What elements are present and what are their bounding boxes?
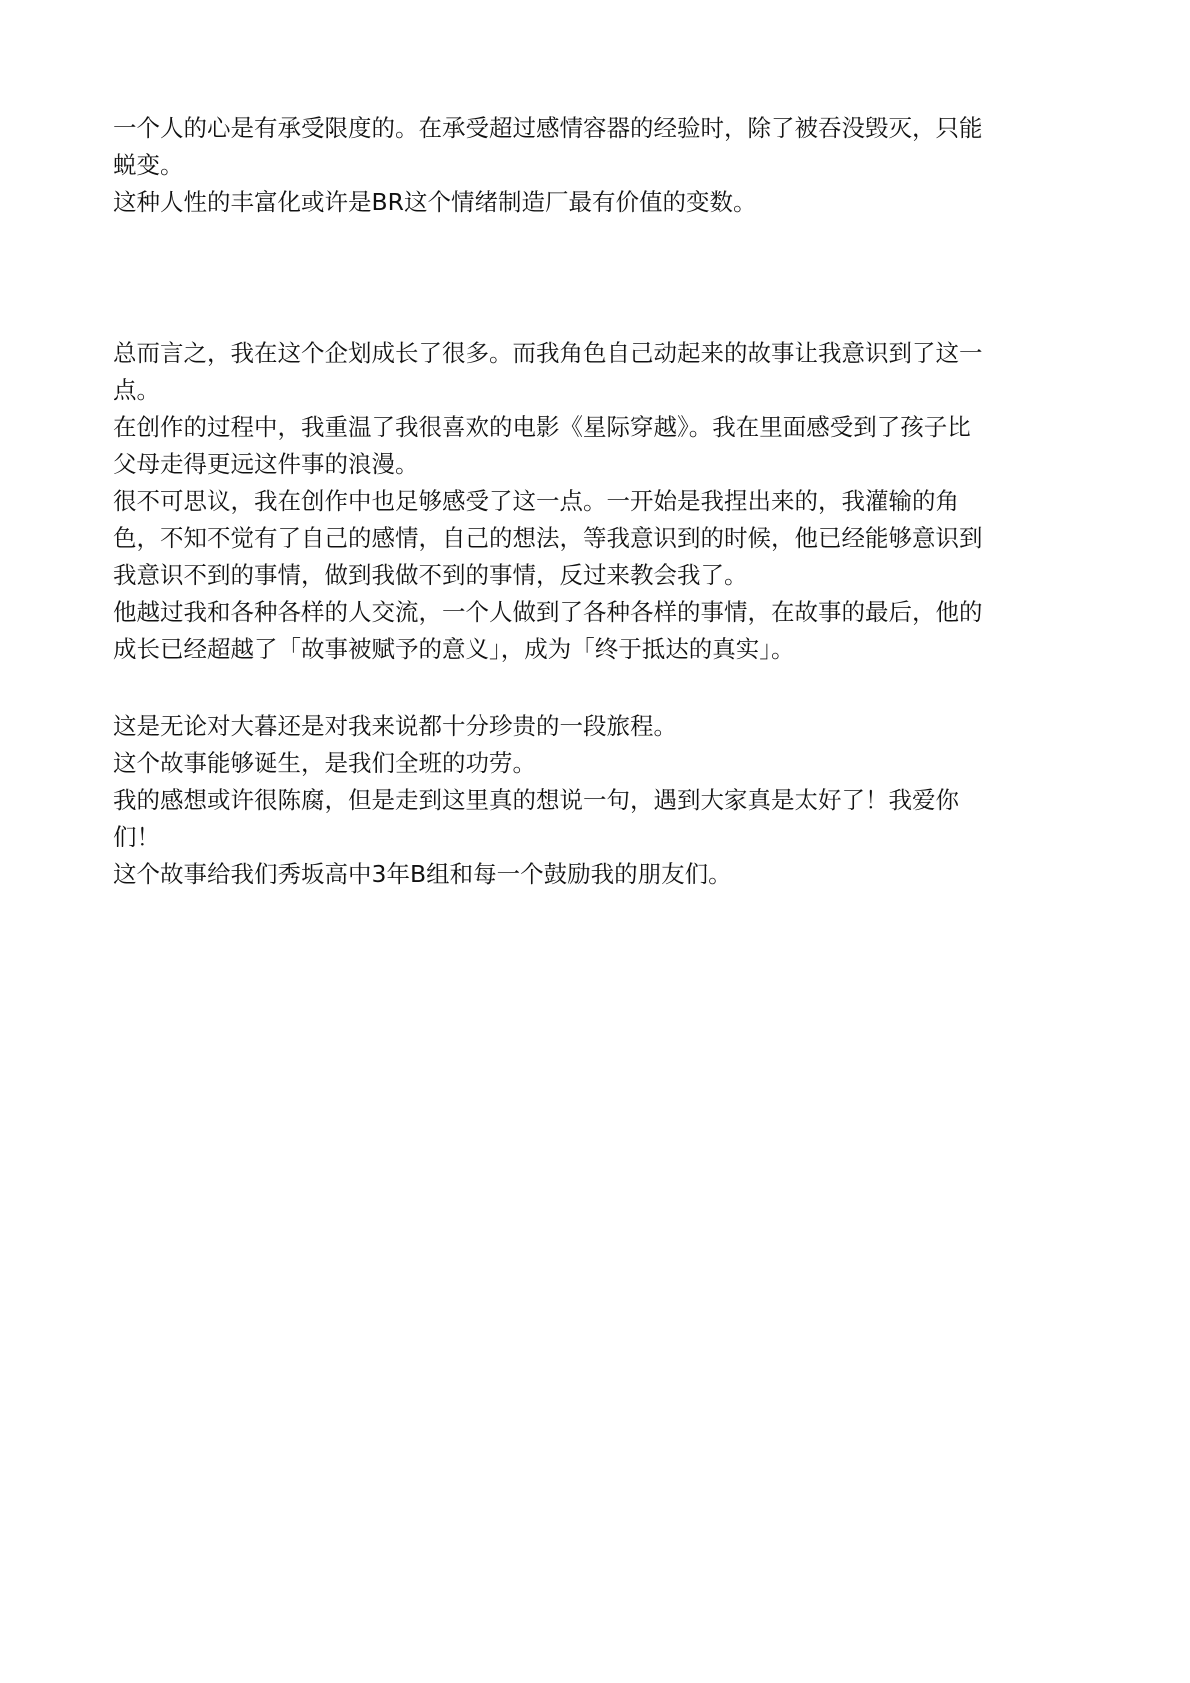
section-spacer [113, 668, 1093, 708]
paragraph-section-2: 总而言之，我在这个企划成长了很多。而我角色自己动起来的故事让我意识到了这一 点。… [113, 335, 1093, 668]
text-line: 点。 [113, 372, 1093, 409]
text-line: 一个人的心是有承受限度的。在承受超过感情容器的经验时，除了被吞没毁灭，只能 [113, 110, 1093, 147]
text-line: 这是无论对大暮还是对我来说都十分珍贵的一段旅程。 [113, 708, 1093, 745]
text-line: 们！ [113, 819, 1093, 856]
document-page: 一个人的心是有承受限度的。在承受超过感情容器的经验时，除了被吞没毁灭，只能 蜕变… [113, 110, 1093, 893]
text-line: 他越过我和各种各样的人交流，一个人做到了各种各样的事情，在故事的最后，他的 [113, 594, 1093, 631]
text-line: 在创作的过程中，我重温了我很喜欢的电影《星际穿越》。我在里面感受到了孩子比 [113, 409, 1093, 446]
text-line: 蜕变。 [113, 147, 1093, 184]
paragraph-section-3: 这是无论对大暮还是对我来说都十分珍贵的一段旅程。 这个故事能够诞生，是我们全班的… [113, 708, 1093, 893]
section-spacer [113, 221, 1093, 335]
text-line: 父母走得更远这件事的浪漫。 [113, 446, 1093, 483]
text-line: 成长已经超越了「故事被赋予的意义」，成为「终于抵达的真实」。 [113, 631, 1093, 668]
text-line: 我意识不到的事情，做到我做不到的事情，反过来教会我了。 [113, 557, 1093, 594]
paragraph-section-1: 一个人的心是有承受限度的。在承受超过感情容器的经验时，除了被吞没毁灭，只能 蜕变… [113, 110, 1093, 221]
text-line: 这个故事给我们秀坂高中3年B组和每一个鼓励我的朋友们。 [113, 856, 1093, 893]
text-line: 这个故事能够诞生，是我们全班的功劳。 [113, 745, 1093, 782]
text-line: 我的感想或许很陈腐，但是走到这里真的想说一句，遇到大家真是太好了！我爱你 [113, 782, 1093, 819]
text-line: 色，不知不觉有了自己的感情，自己的想法，等我意识到的时候，他已经能够意识到 [113, 520, 1093, 557]
text-line: 这种人性的丰富化或许是BR这个情绪制造厂最有价值的变数。 [113, 184, 1093, 221]
text-line: 总而言之，我在这个企划成长了很多。而我角色自己动起来的故事让我意识到了这一 [113, 335, 1093, 372]
text-line: 很不可思议，我在创作中也足够感受了这一点。一开始是我捏出来的，我灌输的角 [113, 483, 1093, 520]
